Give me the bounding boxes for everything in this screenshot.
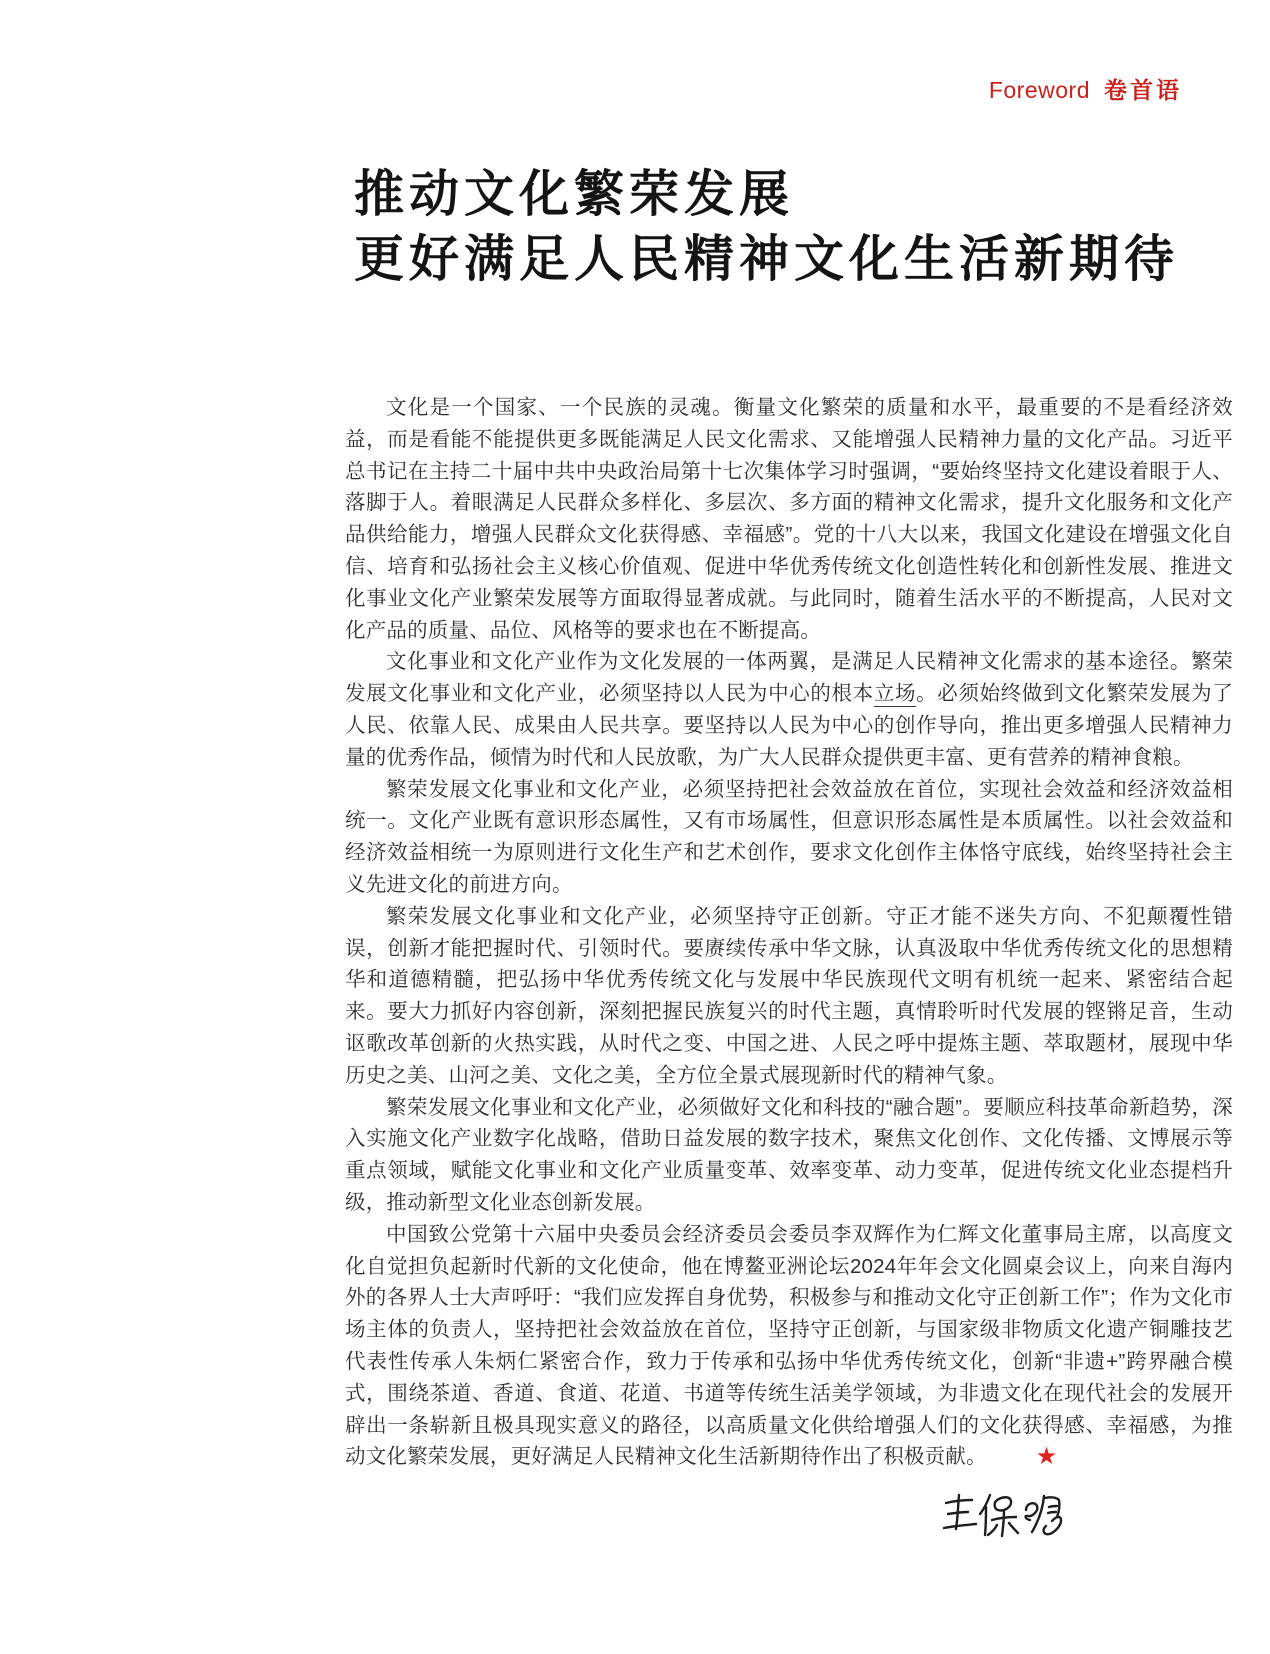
article-body: 文化是一个国家、一个民族的灵魂。衡量文化繁荣的质量和水平，最重要的不是看经济效益… xyxy=(345,392,1233,1473)
magazine-foreword-page: Foreword卷首语 推动文化繁荣发展 更好满足人民精神文化生活新期待 文化是… xyxy=(0,0,1270,1654)
paragraph: 中国致公党第十六届中央委员会经济委员会委员李双辉作为仁辉文化董事局主席，以高度文… xyxy=(345,1219,1233,1473)
paragraph: 文化事业和文化产业作为文化发展的一体两翼，是满足人民精神文化需求的基本途径。繁荣… xyxy=(345,646,1233,773)
paragraph: 文化是一个国家、一个民族的灵魂。衡量文化繁荣的质量和水平，最重要的不是看经济效益… xyxy=(345,392,1233,646)
paragraph: 繁荣发展文化事业和文化产业，必须坚持守正创新。守正才能不迷失方向、不犯颠覆性错误… xyxy=(345,901,1233,1092)
paragraph-text: 繁荣发展文化事业和文化产业，必须做好文化和科技的“融合题”。要顺应科技革命新趋势… xyxy=(345,1096,1233,1214)
paragraph-text: 繁荣发展文化事业和文化产业，必须坚持守正创新。守正才能不迷失方向、不犯颠覆性错误… xyxy=(345,905,1233,1087)
paragraph-text: 繁荣发展文化事业和文化产业，必须坚持把社会效益放在首位，实现社会效益和经济效益相… xyxy=(345,778,1233,896)
underlined-text: 立场 xyxy=(874,682,916,707)
article-title: 推动文化繁荣发展 更好满足人民精神文化生活新期待 xyxy=(354,162,1179,292)
paragraph-text: 中国致公党第十六届中央委员会经济委员会委员李双辉作为仁辉文化董事局主席，以高度文… xyxy=(345,1223,1233,1469)
signature xyxy=(942,1486,1068,1552)
section-header-zh: 卷首语 xyxy=(1104,77,1182,103)
section-header-en: Foreword xyxy=(989,77,1090,103)
article-title-line1: 推动文化繁荣发展 xyxy=(354,162,1179,227)
paragraph: 繁荣发展文化事业和文化产业，必须坚持把社会效益放在首位，实现社会效益和经济效益相… xyxy=(345,774,1233,901)
signature-handwriting xyxy=(942,1486,1068,1552)
section-header: Foreword卷首语 xyxy=(989,72,1182,105)
paragraph-text: 文化是一个国家、一个民族的灵魂。衡量文化繁荣的质量和水平，最重要的不是看经济效益… xyxy=(345,396,1233,642)
article-title-line2: 更好满足人民精神文化生活新期待 xyxy=(354,227,1179,292)
paragraph: 繁荣发展文化事业和文化产业，必须做好文化和科技的“融合题”。要顺应科技革命新趋势… xyxy=(345,1092,1233,1219)
end-star-icon: ★ xyxy=(995,1441,1058,1473)
